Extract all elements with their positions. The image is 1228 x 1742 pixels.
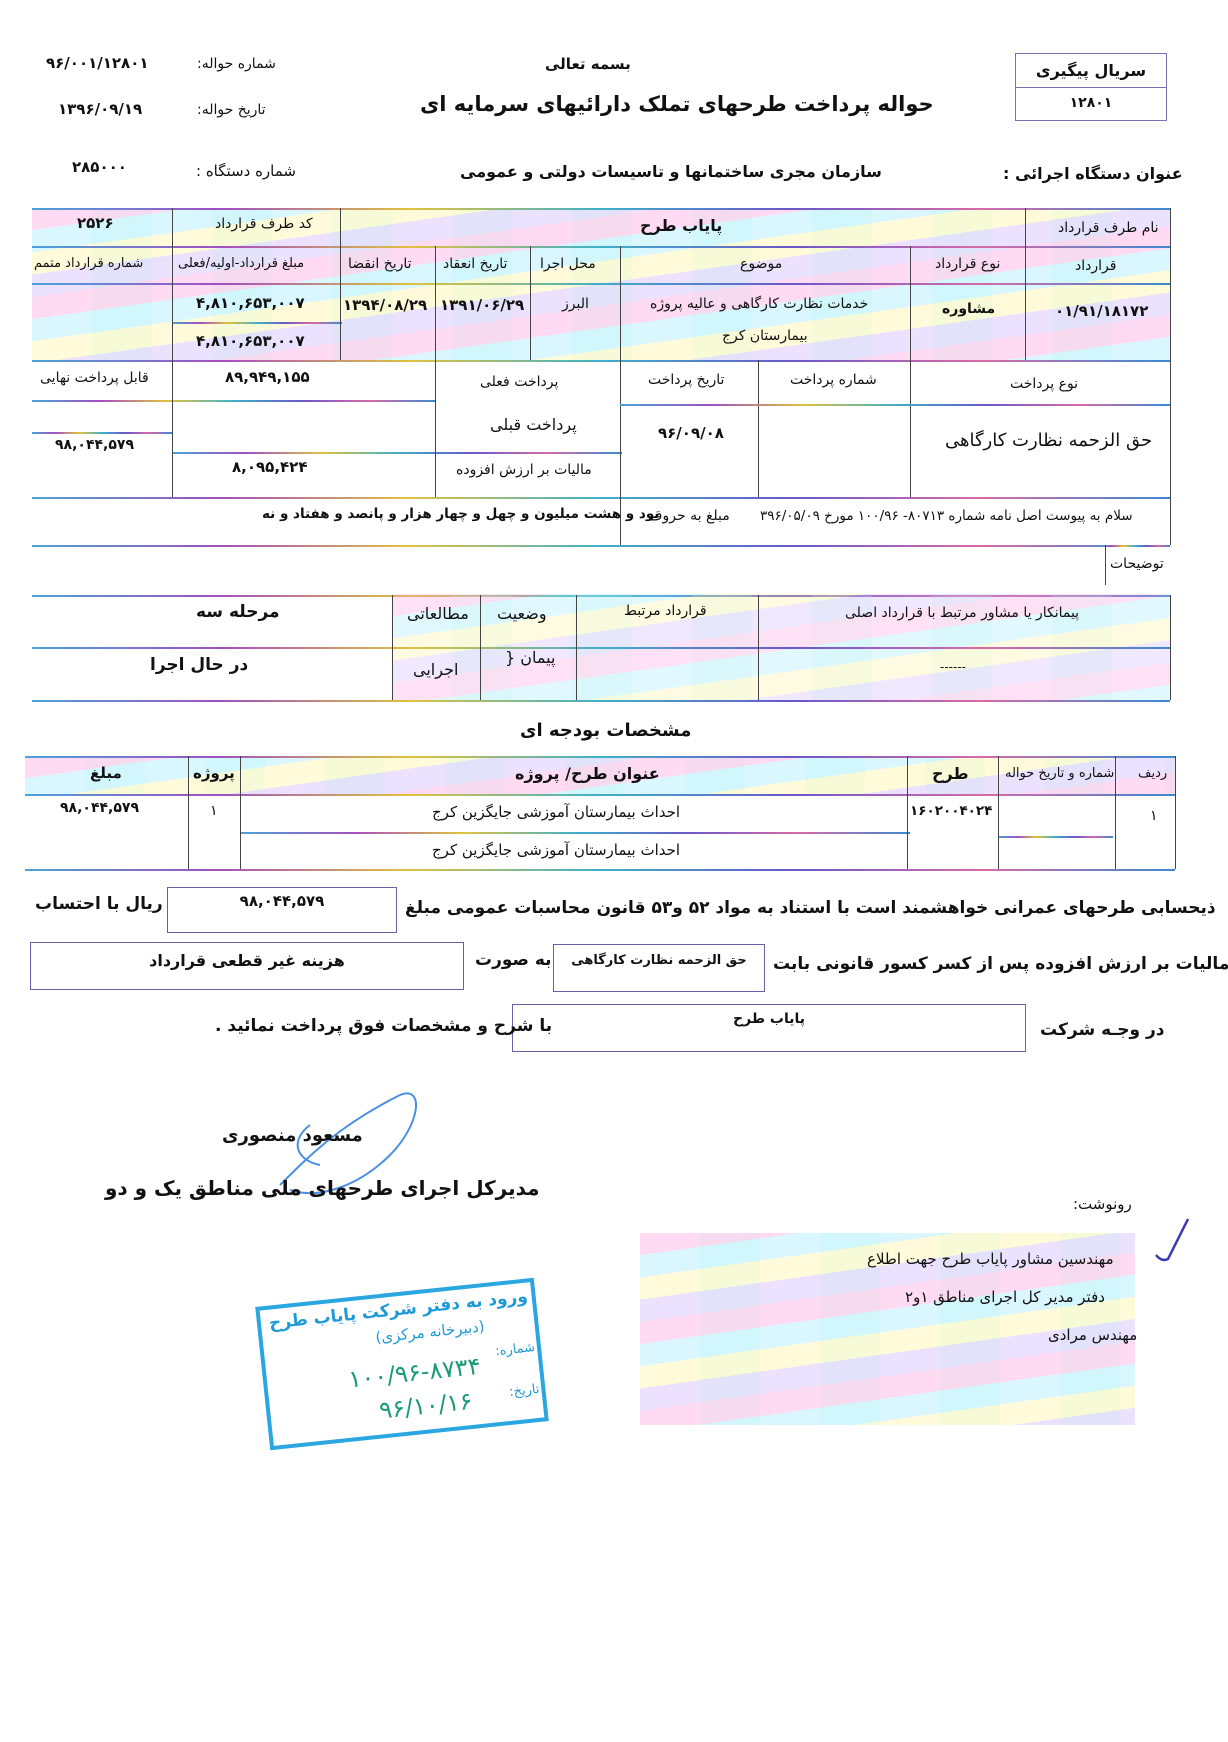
amount-box-value: ۹۸,۰۴۴,۵۷۹: [168, 888, 396, 910]
instruction-line2: مالیات بر ارزش افزوده پس از کسر کسور قان…: [773, 954, 1228, 974]
progress-value: در حال اجرا: [150, 655, 248, 675]
signer-name: مسعود منصوری: [222, 1125, 363, 1146]
amount-box: ۹۸,۰۴۴,۵۷۹: [167, 887, 397, 933]
budget-row-number: ۱: [1150, 808, 1158, 824]
study-label: مطالعاتی: [407, 604, 469, 623]
instruction-line1: ذیحسابی طرحهای عمرانی خواهشمند است با اس…: [405, 898, 1216, 918]
basmala: بسمه تعالی: [545, 55, 631, 73]
vat-label: مالیات بر ارزش افزوده: [456, 462, 592, 478]
contract-type: مشاوره: [942, 301, 995, 317]
current-payment-value: ۸۹,۹۴۹,۱۵۵: [225, 368, 310, 386]
havaleh-date-label: تاریخ حواله:: [197, 102, 266, 118]
related-contract-label: قرارداد مرتبط: [624, 603, 707, 619]
contract-brace-label: پیمان {: [505, 648, 555, 667]
status-label: وضعیت: [497, 604, 547, 623]
payment-date-value: ۹۶/۰۹/۰۸: [658, 424, 724, 442]
budget-title: مشخصات بودجه ای: [520, 720, 691, 741]
exec-label: اجرایی: [413, 660, 458, 679]
type-header: نوع قرارداد: [935, 256, 1000, 272]
start-date-header: تاریخ انعقاد: [443, 256, 507, 272]
executive-device-label: عنوان دستگاه اجرائی :: [1003, 164, 1183, 183]
instruction-line3: در وجـه شرکت: [1040, 1020, 1164, 1040]
subject-line2: بیمارستان کرج: [722, 328, 808, 344]
serial-value: ۱۲۸۰۱: [1016, 88, 1166, 119]
payment-mode-value: هزینه غیر قطعی قرارداد: [31, 943, 463, 970]
serial-box: سریال پیگیری ۱۲۸۰۱: [1015, 53, 1167, 121]
payment-type-value: حق الزحمه نظارت کارگاهی: [945, 430, 1152, 451]
copy-item: دفتر مدیر کل اجرای مناطق ۱و۲: [905, 1288, 1105, 1306]
amount-initial-value: ۴,۸۱۰,۶۵۳,۰۰۷: [196, 294, 305, 312]
supplement-header: شماره قرارداد متمم: [34, 256, 143, 271]
copies-label: رونوشت:: [1073, 1195, 1132, 1213]
budget-header-plan: طرح: [932, 764, 969, 783]
device-number-value: ۲۸۵۰۰۰: [72, 158, 127, 176]
copy-item: مهندس مرادی: [1048, 1326, 1137, 1344]
havaleh-date-value: ۱۳۹۶/۰۹/۱۹: [58, 100, 142, 118]
stamp-date-label: تاریخ:: [509, 1382, 541, 1400]
instruction-line3-suffix: با شرح و مشخصات فوق پرداخت نمائید .: [215, 1016, 552, 1036]
device-number-label: شماره دستگاه :: [196, 162, 296, 180]
final-payable-label: قابل پرداخت نهایی: [40, 370, 149, 386]
location-header: محل اجرا: [540, 256, 596, 272]
payment-date-label: تاریخ پرداخت: [648, 372, 724, 388]
budget-row-project: ۱: [210, 803, 218, 819]
serial-label: سریال پیگیری: [1016, 54, 1166, 88]
vat-value: ۸,۰۹۵,۴۲۴: [232, 458, 307, 476]
party-name-label: نام طرف قرارداد: [1058, 220, 1159, 236]
party-code-label: کد طرف قرارداد: [215, 216, 313, 232]
receipt-stamp: ورود به دفتر شرکت پایاب طرح (دبیرخانه مر…: [255, 1278, 549, 1450]
stamp-number-label: شماره:: [495, 1340, 536, 1359]
previous-payment-label: پرداخت قبلی: [490, 415, 577, 434]
company-box: پایاب طرح: [512, 1004, 1026, 1052]
executive-device-value: سازمان مجری ساختمانها و تاسیسات دولتی و …: [460, 162, 882, 181]
budget-header-project: پروژه: [193, 764, 235, 782]
related-contractor-value: ------: [940, 660, 966, 674]
amount-current-value: ۴,۸۱۰,۶۵۳,۰۰۷: [196, 332, 305, 350]
related-contractor-label: پیمانکار یا مشاور مرتبط با قرارداد اصلی: [845, 605, 1079, 621]
start-date-value: ۱۳۹۱/۰۶/۲۹: [440, 296, 524, 314]
havaleh-number-value: ۹۶/۰۰۱/۱۲۸۰۱: [46, 54, 149, 72]
end-date-header: تاریخ انقضا: [348, 256, 412, 272]
payment-reason-box: حق الزحمه نظارت کارگاهی: [553, 944, 765, 992]
budget-row-amount: ۹۸,۰۴۴,۵۷۹: [60, 800, 139, 816]
reference-note: سلام به پیوست اصل نامه شماره ۸۰۷۱۳- ۱۰۰/…: [760, 508, 1133, 524]
checkmark-icon: [1152, 1215, 1192, 1265]
payment-mode-box: هزینه غیر قطعی قرارداد: [30, 942, 464, 990]
havaleh-number-label: شماره حواله:: [197, 56, 276, 72]
party-name-value: پایاب طرح: [640, 216, 722, 235]
budget-header-row: ردیف: [1138, 766, 1167, 781]
budget-header-havaleh: شماره و تاریخ حواله: [1005, 766, 1114, 781]
current-payment-label: پرداخت فعلی: [480, 374, 558, 390]
subject-line1: خدمات نظارت کارگاهی و عالیه پروژه: [650, 296, 868, 312]
copy-item: مهندسین مشاور پایاب طرح جهت اطلاع: [867, 1250, 1114, 1268]
stage-value: مرحله سه: [196, 602, 280, 622]
stamp-date-value: ۹۶/۱۰/۱۶: [378, 1387, 474, 1425]
notes-label: توضیحات: [1110, 556, 1164, 572]
signer-position: مدیرکل اجرای طرحهای ملی مناطق یک و دو: [105, 1176, 540, 1200]
amount-words-label: مبلغ به حروف: [648, 508, 730, 524]
budget-header-amount: مبلغ: [90, 764, 122, 782]
amount-header: مبلغ قرارداد-اولیه/فعلی: [178, 256, 304, 271]
budget-row-title: احداث بیمارستان آموزشی جایگزین کرج: [432, 803, 680, 821]
company-value: پایاب طرح: [513, 1005, 1025, 1027]
instruction-line1-suffix: ریال با احتساب: [35, 894, 163, 914]
end-date-value: ۱۳۹۴/۰۸/۲۹: [343, 296, 427, 314]
document-title: حواله پرداخت طرحهای تملک دارائیهای سرمای…: [420, 92, 934, 116]
party-code-value: ۲۵۲۶: [77, 214, 114, 232]
budget-row-plan: ۱۶۰۲۰۰۴۰۲۴: [910, 803, 992, 819]
budget-header-title: عنوان طرح/ پروژه: [515, 764, 660, 783]
instruction-line2-mid: به صورت: [475, 950, 552, 970]
payment-number-label: شماره پرداخت: [790, 372, 877, 388]
budget-row-title: احداث بیمارستان آموزشی جایگزین کرج: [432, 841, 680, 859]
contract-number: ۰۱/۹۱/۱۸۱۷۲: [1055, 302, 1148, 320]
stamp-line2: (دبیرخانه مرکزی): [374, 1317, 485, 1346]
subject-header: موضوع: [740, 256, 782, 272]
payment-type-label: نوع پرداخت: [1010, 376, 1078, 392]
amount-words-value: نود و هشت میلیون و چهل و چهار هزار و پان…: [262, 506, 659, 522]
payment-reason-value: حق الزحمه نظارت کارگاهی: [554, 945, 764, 968]
location-value: البرز: [562, 296, 589, 312]
contract-header: قرارداد: [1075, 258, 1116, 274]
final-payable-value: ۹۸,۰۴۴,۵۷۹: [55, 437, 134, 453]
